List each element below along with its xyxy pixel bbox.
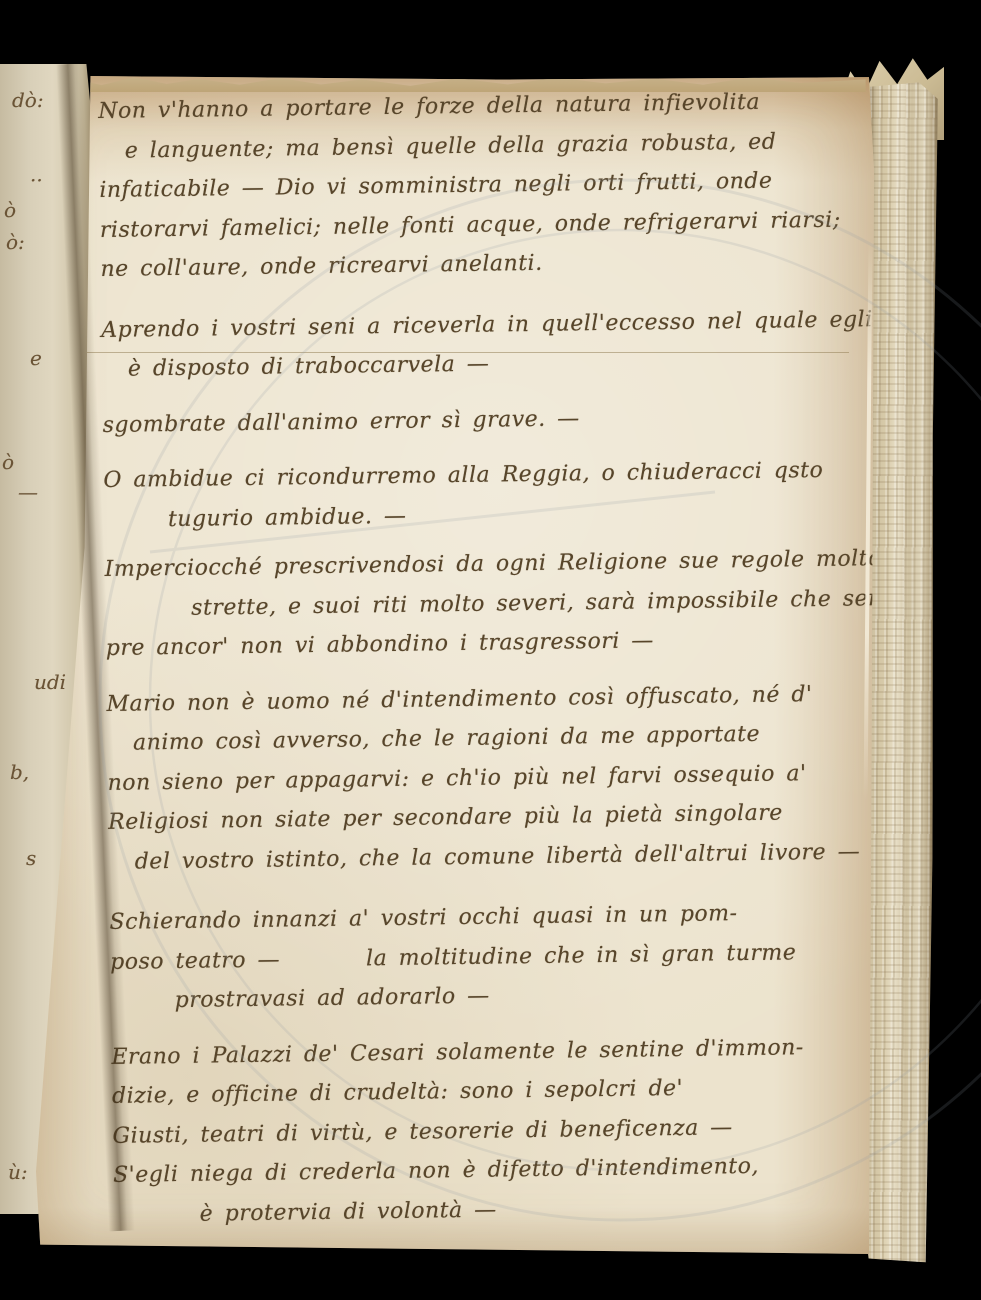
marginalia-fragment: udi (34, 672, 66, 692)
marginalia-fragment: ò (2, 452, 14, 472)
manuscript-page: Non v'hanno a portare le forze della nat… (36, 76, 874, 1254)
marginalia-fragment: ò (4, 200, 16, 220)
marginalia-fragment: — (18, 482, 38, 502)
marginalia-fragment: ò: (6, 232, 25, 252)
manuscript-line: sgombrate dall'animo error sì grave. — (102, 395, 862, 445)
manuscript-text: Non v'hanno a portare le forze della nat… (98, 81, 874, 1234)
marginalia-fragment: s (26, 848, 36, 868)
marginalia-fragment: e (30, 348, 42, 368)
marginalia-fragment: dò: (12, 90, 44, 110)
marginalia-fragment: ·· (30, 170, 43, 190)
manuscript-line-segment: la moltitudine che in sì gran turme (366, 940, 797, 971)
manuscript-line-segment: poso teatro — (110, 947, 280, 974)
manuscript-photo-scene: dò: ·· ò ò: e ò — udi b, s ù: Non v'hann… (0, 0, 981, 1300)
marginalia-fragment: b, (10, 762, 29, 782)
marginalia-fragment: ù: (8, 1162, 28, 1182)
